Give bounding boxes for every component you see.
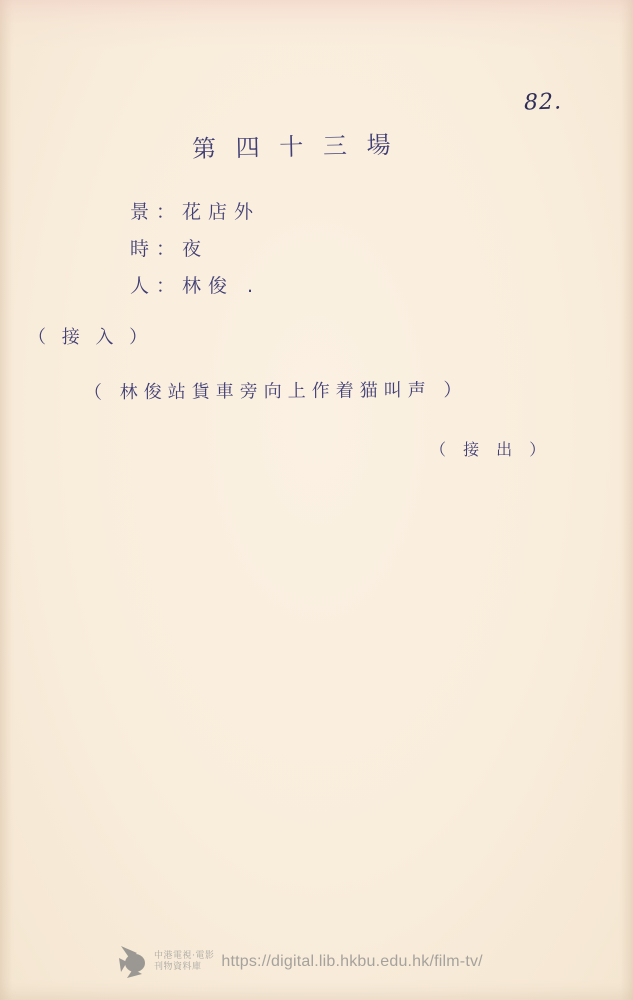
scene-time-line: 時：夜 <box>130 231 260 268</box>
watermark-url: https://digital.lib.hkbu.edu.hk/film-tv/ <box>221 953 482 971</box>
watermark-logo-line2: 刊物資料庫 <box>154 962 214 974</box>
cut-out-note: （ 接 出 ） <box>430 437 551 460</box>
watermark: 中港電視‧電影 刊物資料庫 https://digital.lib.hkbu.e… <box>118 945 483 979</box>
action-line: （ 林俊站貨車旁向上作着猫叫声 ） <box>84 376 468 405</box>
scene-title: 第 四 十 三 場 <box>192 125 397 164</box>
scene-cast-line: 人：林俊 . <box>130 268 260 305</box>
page-number: 82. <box>524 89 563 115</box>
scene-location-line: 景：花店外 <box>130 194 260 231</box>
film-light-icon <box>118 945 150 979</box>
watermark-logo-line1: 中港電視‧電影 <box>154 951 214 963</box>
cut-in-note: （ 接 入 ） <box>28 323 152 349</box>
watermark-logo-text: 中港電視‧電影 刊物資料庫 <box>154 951 214 974</box>
scene-info-block: 景：花店外 時：夜 人：林俊 . <box>130 194 260 305</box>
script-page: 82. 第 四 十 三 場 景：花店外 時：夜 人：林俊 . （ 接 入 ） （… <box>0 0 633 1000</box>
